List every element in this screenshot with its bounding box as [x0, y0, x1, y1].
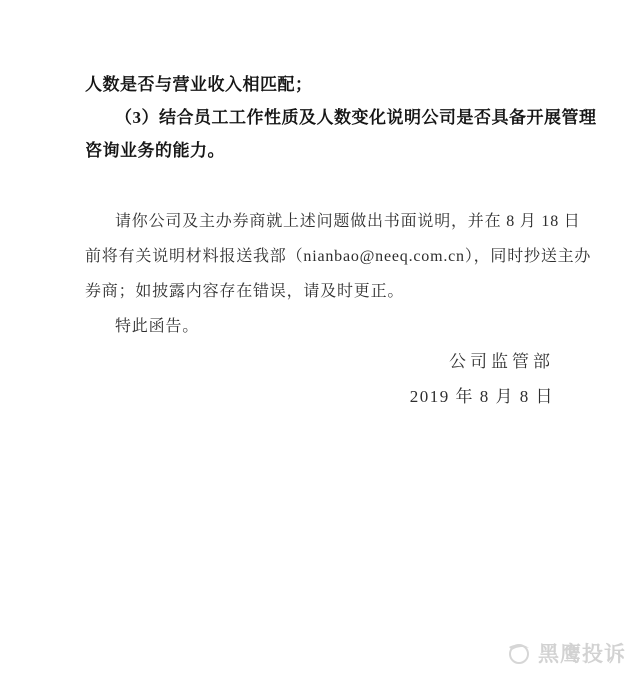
signature-block: 公司监管部 2019 年 8 月 8 日 [85, 344, 554, 414]
paragraph-gap [85, 167, 562, 204]
blackeagle-logo-icon [506, 640, 532, 666]
bold-item-3-line-1: （3）结合员工工作性质及人数变化说明公司是否具备开展管理 [85, 101, 562, 134]
request-paragraph-line-1: 请你公司及主办券商就上述问题做出书面说明，并在 8 月 18 日 [85, 204, 562, 239]
bold-item-3-line-2: 咨询业务的能力。 [85, 134, 562, 167]
signature-date: 2019 年 8 月 8 日 [85, 379, 554, 414]
document-page: 人数是否与营业收入相匹配； （3）结合员工工作性质及人数变化说明公司是否具备开展… [0, 0, 640, 678]
request-paragraph-line-2: 前将有关说明材料报送我部（nianbao@neeq.com.cn），同时抄送主办 [85, 239, 562, 274]
watermark: 黑鹰投诉 [506, 638, 626, 668]
letter-body: 人数是否与营业收入相匹配； （3）结合员工工作性质及人数变化说明公司是否具备开展… [85, 68, 562, 414]
watermark-label: 黑鹰投诉 [538, 638, 626, 668]
request-paragraph-line-3: 券商；如披露内容存在错误，请及时更正。 [85, 274, 562, 309]
signature-department: 公司监管部 [85, 344, 554, 379]
bold-paragraph-continuation-line: 人数是否与营业收入相匹配； [85, 68, 562, 101]
closing-phrase-line: 特此函告。 [85, 309, 562, 344]
